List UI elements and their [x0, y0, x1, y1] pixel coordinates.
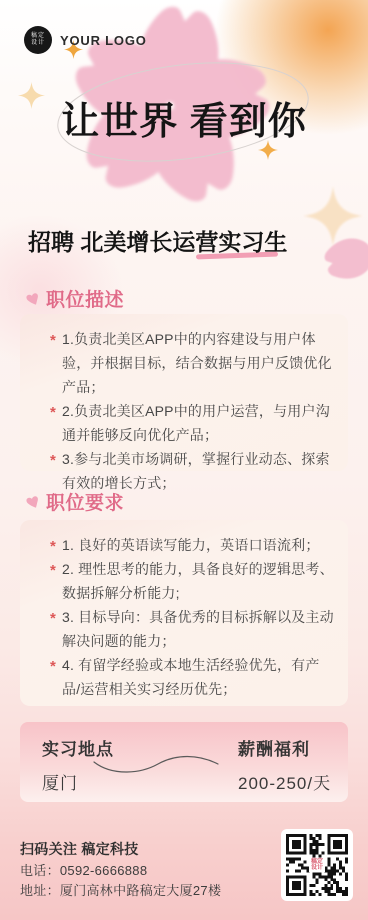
- list-item: 1. 良好的英语读写能力，英语口语流利；: [50, 533, 334, 557]
- list-item: 1.负责北美区APP中的内容建设与用户体验，并根据目标，结合数据与用户反馈优化产…: [50, 327, 334, 399]
- job-description-list: 1.负责北美区APP中的内容建设与用户体验，并根据目标，结合数据与用户反馈优化产…: [50, 327, 334, 495]
- logo-row: 稿定 设计 YOUR LOGO: [24, 26, 147, 54]
- recruitment-poster: 稿定 设计 YOUR LOGO 让世界 看到你 招聘 北美增长运营实习生 职位描…: [0, 0, 368, 920]
- section-heading-label: 职位描述: [46, 285, 124, 312]
- heart-icon: [24, 288, 45, 309]
- section-heading-label: 职位要求: [46, 488, 124, 515]
- hero-title: 让世界 看到你: [0, 90, 368, 145]
- footer-phone: 电话：0592-6666888: [20, 860, 147, 879]
- salary-label: 薪酬福利: [238, 735, 331, 760]
- job-heading: 招聘 北美增长运营实习生: [28, 224, 287, 257]
- list-item: 4. 有留学经验或本地生活经验优先，有产品/运营相关实习经历优先；: [50, 653, 334, 701]
- section-header-job-description: 职位描述: [26, 285, 124, 312]
- logo-text: YOUR LOGO: [60, 33, 147, 48]
- job-description-card: 1.负责北美区APP中的内容建设与用户体验，并根据目标，结合数据与用户反馈优化产…: [20, 314, 348, 471]
- qr-center-label: 稿定 设计: [309, 858, 325, 872]
- job-requirements-list: 1. 良好的英语读写能力，英语口语流利； 2. 理性思考的能力，具备良好的逻辑思…: [50, 533, 334, 701]
- section-header-job-requirements: 职位要求: [26, 488, 124, 515]
- squiggle-divider: [92, 752, 222, 778]
- logo-badge-line2: 设计: [31, 40, 45, 47]
- footer-follow-title: 扫码关注 稿定科技: [20, 839, 139, 859]
- logo-badge-line1: 稿定: [31, 33, 45, 40]
- job-requirements-card: 1. 良好的英语读写能力，英语口语流利； 2. 理性思考的能力，具备良好的逻辑思…: [20, 520, 348, 706]
- edge-petal: [321, 233, 368, 283]
- salary-value: 200-250/天: [238, 769, 331, 794]
- salary-block: 薪酬福利 200-250/天: [238, 735, 331, 794]
- qr-label-line2: 设计: [311, 865, 323, 871]
- heart-icon: [24, 491, 45, 512]
- list-item: 2. 理性思考的能力，具备良好的逻辑思考、数据拆解分析能力;: [50, 557, 334, 605]
- list-item: 3. 目标导向：具备优秀的目标拆解以及主动解决问题的能力；: [50, 605, 334, 653]
- footer-address: 地址：厦门高林中路稿定大厦27楼: [20, 880, 221, 899]
- logo-badge: 稿定 设计: [24, 26, 52, 54]
- list-item: 2.负责北美区APP中的用户运营，与用户沟通并能够反向优化产品；: [50, 399, 334, 447]
- qr-code: 稿定 设计: [281, 829, 353, 901]
